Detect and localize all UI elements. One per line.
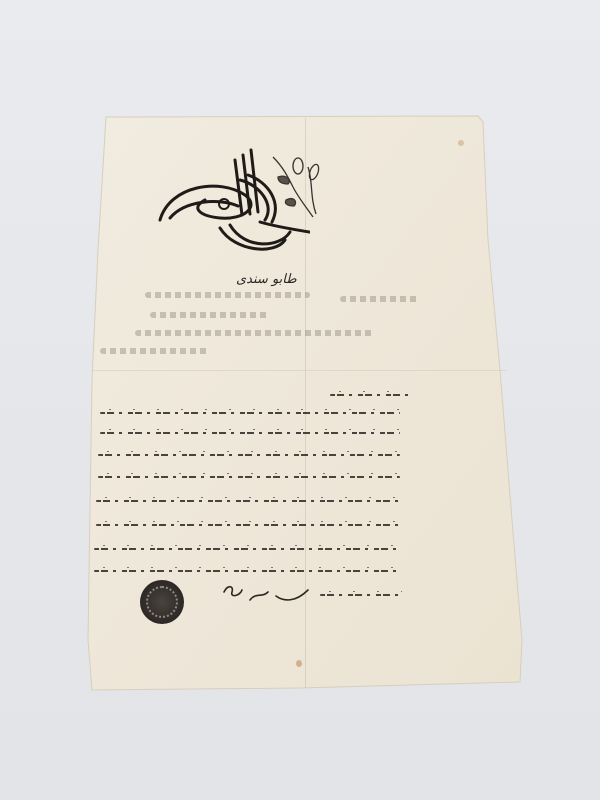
body-text-line	[330, 390, 410, 400]
signature-icon	[220, 582, 310, 604]
faint-printed-line	[100, 348, 210, 354]
faint-printed-line	[145, 292, 310, 298]
faint-printed-line	[150, 312, 270, 318]
body-text-line	[98, 450, 400, 460]
body-text-line	[94, 544, 402, 554]
flower-sprig-icon	[268, 152, 328, 227]
stain-spot	[296, 660, 302, 667]
body-text-line	[96, 520, 402, 530]
stain-spot	[458, 140, 464, 146]
body-text-line	[320, 590, 402, 600]
round-seal-icon	[140, 580, 184, 624]
faint-printed-line	[135, 330, 375, 336]
horizontal-fold-crease	[92, 370, 507, 372]
body-text-line	[94, 566, 402, 576]
document-title: طابو سندی	[236, 272, 297, 287]
body-text-line	[98, 472, 400, 482]
faint-printed-line	[340, 296, 420, 302]
body-text-line	[100, 428, 400, 438]
body-text-line	[100, 408, 400, 418]
body-text-line	[96, 496, 402, 506]
paper-sheet	[0, 0, 600, 800]
